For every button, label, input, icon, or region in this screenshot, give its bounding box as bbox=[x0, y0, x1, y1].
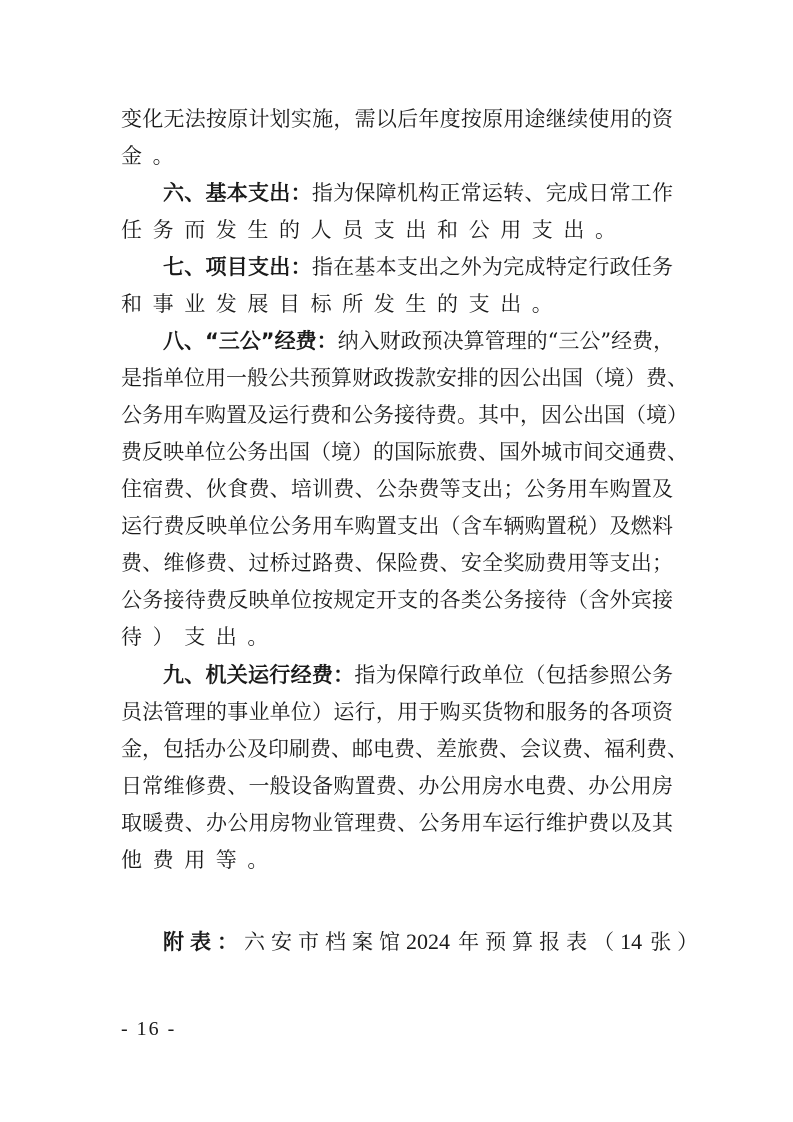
body-line: 费反映单位公务出国（境）的国际旅费、国外城市间交通费、 bbox=[121, 434, 673, 471]
section-heading-operating-expenses: 九、机关运行经费：指为保障行政单位（包括参照公务 bbox=[163, 657, 673, 694]
line-text: 他费用等。 bbox=[121, 848, 279, 872]
section-title: 八、“三公”经费： bbox=[163, 329, 338, 353]
section-title: 七、项目支出： bbox=[163, 255, 312, 279]
line-text: 变化无法按原计划实施，需以后年度按原用途继续使用的资 bbox=[121, 107, 673, 131]
line-text: 公务接待费反映单位按规定开支的各类公务接待（含外宾接 bbox=[121, 588, 673, 612]
line-text: 和事业发展目标所发生的支出。 bbox=[121, 292, 563, 316]
line-text: 费、维修费、过桥过路费、保险费、安全奖励费用等支出； bbox=[121, 551, 673, 575]
body-line: 日常维修费、一般设备购置费、办公用房水电费、办公用房 bbox=[121, 768, 673, 805]
line-text: 指为保障机构正常运转、完成日常工作 bbox=[312, 181, 673, 205]
section-heading-three-public-expenses: 八、“三公”经费：纳入财政预决算管理的“三公”经费， bbox=[163, 323, 673, 360]
attachment-text: 张） bbox=[650, 930, 704, 954]
body-line: 金。 bbox=[121, 138, 673, 175]
line-text: 金。 bbox=[121, 144, 184, 168]
line-text: 指在基本支出之外为完成特定行政任务 bbox=[312, 255, 673, 279]
line-text: 运行费反映单位公务用车购置支出（含车辆购置税）及燃料 bbox=[121, 514, 673, 538]
page-number: - 16 - bbox=[121, 1014, 176, 1044]
section-title: 六、基本支出： bbox=[163, 181, 312, 205]
section-heading-basic-expenditure: 六、基本支出：指为保障机构正常运转、完成日常工作 bbox=[163, 175, 673, 212]
attachment-count: 14 bbox=[620, 929, 642, 954]
section-title: 九、机关运行经费： bbox=[163, 663, 354, 687]
body-line: 他费用等。 bbox=[121, 842, 673, 879]
body-line: 是指单位用一般公共预算财政拨款安排的因公出国（境）费、 bbox=[121, 360, 673, 397]
line-text: 指为保障行政单位（包括参照公务 bbox=[354, 663, 673, 687]
body-line: 任务而发生的人员支出和公用支出。 bbox=[121, 212, 673, 249]
attachment-year: 2024 bbox=[406, 929, 450, 954]
body-line: 运行费反映单位公务用车购置支出（含车辆购置税）及燃料 bbox=[121, 508, 673, 545]
body-line: 公务用车购置及运行费和公务接待费。其中，因公出国（境） bbox=[121, 397, 673, 434]
line-text: 员法管理的事业单位）运行，用于购买货物和服务的各项资 bbox=[121, 700, 673, 724]
body-line: 取暖费、办公用房物业管理费、公务用车运行维护费以及其 bbox=[121, 805, 673, 842]
line-text: 日常维修费、一般设备购置费、办公用房水电费、办公用房 bbox=[121, 774, 673, 798]
line-text: 待）支出。 bbox=[121, 625, 279, 649]
body-line: 住宿费、伙食费、培训费、公杂费等支出；公务用车购置及 bbox=[121, 471, 673, 508]
attachment-note: 附表：六安市档案馆2024 年预算报表（14 张） bbox=[163, 923, 704, 961]
line-text: 取暖费、办公用房物业管理费、公务用车运行维护费以及其 bbox=[121, 811, 673, 835]
body-line: 费、维修费、过桥过路费、保险费、安全奖励费用等支出； bbox=[121, 545, 673, 582]
line-text: 纳入财政预决算管理的“三公”经费， bbox=[338, 329, 674, 353]
body-line: 待）支出。 bbox=[121, 619, 673, 656]
line-text: 住宿费、伙食费、培训费、公杂费等支出；公务用车购置及 bbox=[121, 477, 673, 501]
body-line: 变化无法按原计划实施，需以后年度按原用途继续使用的资 bbox=[121, 101, 673, 138]
body-line: 员法管理的事业单位）运行，用于购买货物和服务的各项资 bbox=[121, 694, 673, 731]
body-line: 公务接待费反映单位按规定开支的各类公务接待（含外宾接 bbox=[121, 582, 673, 619]
attachment-text: 年预算报表（ bbox=[458, 930, 620, 954]
line-text: 金，包括办公及印刷费、邮电费、差旅费、会议费、福利费、 bbox=[121, 737, 688, 761]
line-text: 是指单位用一般公共预算财政拨款安排的因公出国（境）费、 bbox=[121, 366, 688, 390]
body-line: 金，包括办公及印刷费、邮电费、差旅费、会议费、福利费、 bbox=[121, 731, 673, 768]
line-text: 费反映单位公务出国（境）的国际旅费、国外城市间交通费、 bbox=[121, 440, 688, 464]
body-line: 和事业发展目标所发生的支出。 bbox=[121, 286, 673, 323]
section-heading-project-expenditure: 七、项目支出：指在基本支出之外为完成特定行政任务 bbox=[163, 249, 673, 286]
attachment-text: 六安市档案馆 bbox=[244, 930, 406, 954]
line-text: 任务而发生的人员支出和公用支出。 bbox=[121, 218, 627, 242]
line-text: 公务用车购置及运行费和公务接待费。其中，因公出国（境） bbox=[121, 403, 688, 427]
attachment-label: 附表： bbox=[163, 930, 244, 954]
